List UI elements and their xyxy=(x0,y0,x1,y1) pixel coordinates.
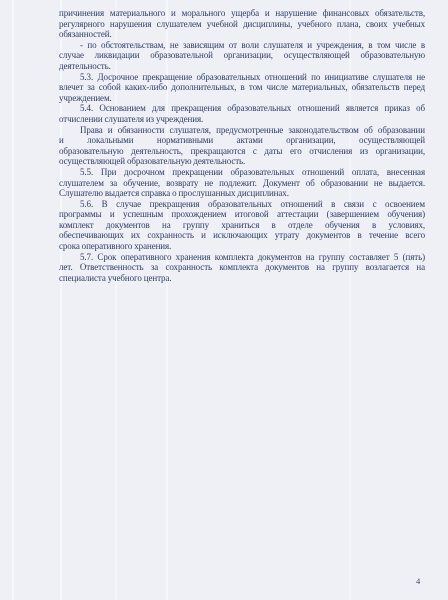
text-line: обеспечивающих их сохранность и исключаю… xyxy=(59,230,425,241)
text-line: комплект документов на группу храниться … xyxy=(59,220,425,231)
text-line: 5.7. Срок оперативного хранения комплект… xyxy=(59,252,425,263)
text-line: Права и обязанности слушателя, предусмот… xyxy=(59,125,425,136)
text-line: 5.6. В случае прекращения образовательны… xyxy=(59,199,425,210)
text-line: программы и успешным прохождением итогов… xyxy=(59,209,425,220)
text-line: образовательную деятельность, прекращают… xyxy=(59,146,425,157)
text-line: влечет за собой каких-либо дополнительны… xyxy=(59,82,425,93)
document-page: причинения материального и морального ущ… xyxy=(0,0,448,600)
page-number: 4 xyxy=(416,576,420,586)
text-line: 5.5. При досрочном прекращении образоват… xyxy=(59,167,425,178)
scan-streak xyxy=(12,0,14,600)
text-line: осуществляющей образовательную деятельно… xyxy=(59,156,425,167)
text-line: случае ликвидации образовательной органи… xyxy=(59,50,425,61)
text-line: - по обстоятельствам, не зависящим от во… xyxy=(59,40,425,51)
text-line: отчислении слушателя из учреждения. xyxy=(59,114,425,125)
document-text: причинения материального и морального ущ… xyxy=(59,8,425,283)
text-line: причинения материального и морального ущ… xyxy=(59,8,425,19)
text-line: Слушателю выдается справка о прослушанны… xyxy=(59,188,425,199)
text-line: 5.4. Основанием для прекращения образова… xyxy=(59,103,425,114)
text-line: учреждением. xyxy=(59,93,425,104)
text-line: регулярного нарушения слушателем учебной… xyxy=(59,19,425,30)
text-line: и локальными нормативными актами организ… xyxy=(59,135,425,146)
text-line: обязанностей. xyxy=(59,29,425,40)
text-line: деятельность. xyxy=(59,61,425,72)
text-line: слушателем за обучение, возврату не подл… xyxy=(59,178,425,189)
text-line: 5.3. Досрочное прекращение образовательн… xyxy=(59,72,425,83)
text-line: лет. Ответственность за сохранность комп… xyxy=(59,262,425,273)
text-line: срока оперативного хранения. xyxy=(59,241,425,252)
text-line: специалиста учебного центра. xyxy=(59,273,425,284)
